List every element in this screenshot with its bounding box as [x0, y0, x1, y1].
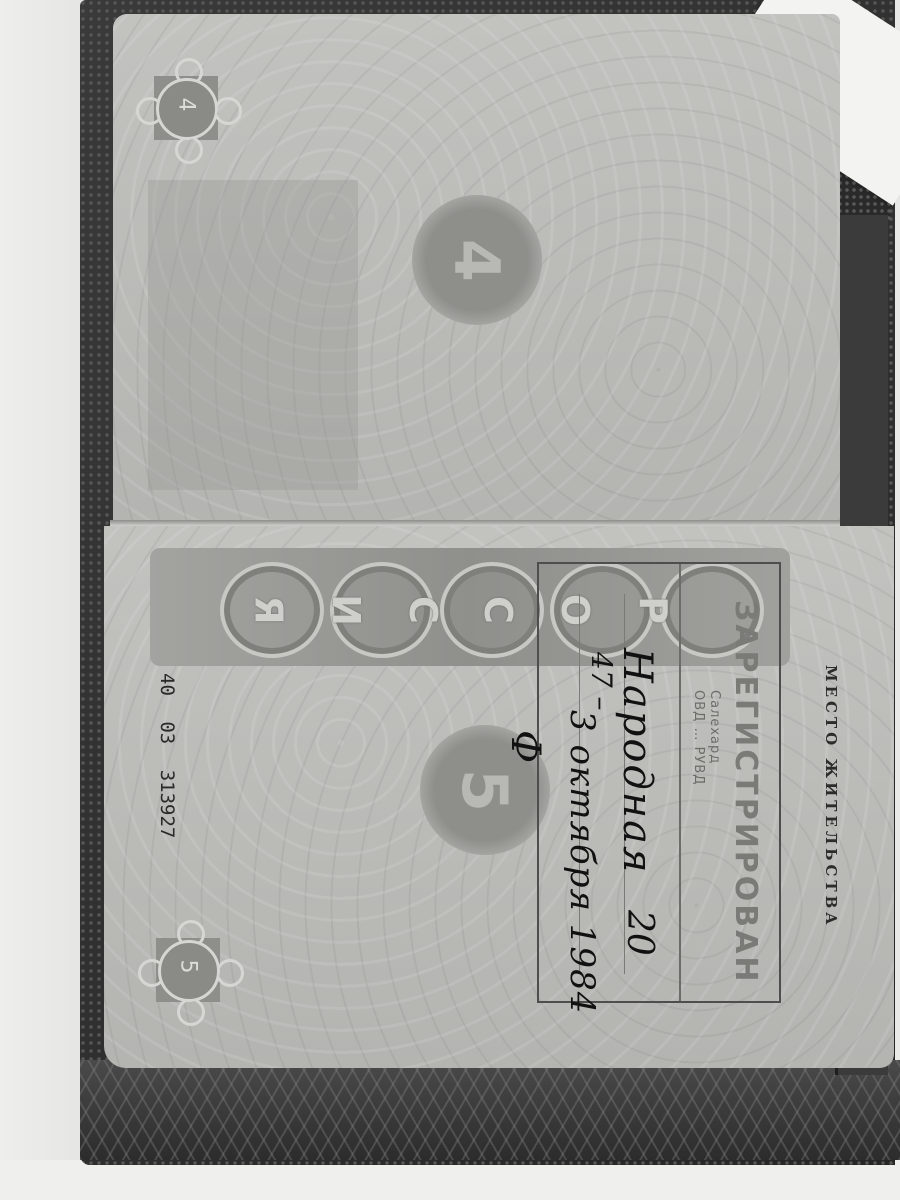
stamp-org-line2: ОВД … РУВД — [691, 690, 706, 785]
page-number-rosette-top: 4 — [136, 58, 236, 158]
handwritten-street: Народная — [614, 648, 660, 874]
passport-serial-number: 40 03 313927 — [156, 673, 178, 838]
handwritten-signature: Ф — [502, 730, 548, 763]
handwritten-flat: 47 – — [585, 652, 618, 711]
page-number: 5 — [176, 917, 201, 1017]
show-through-strip — [148, 180, 358, 490]
cover-leather-texture — [80, 1060, 900, 1160]
watermark-page-number: 4 — [412, 195, 542, 325]
section-label: МЕСТО ЖИТЕЛЬСТВА — [822, 665, 840, 929]
handwritten-house: 20 — [619, 910, 660, 956]
stamp-title: ЗАРЕГИСТРИРОВАН — [728, 600, 763, 985]
page-number: 4 — [174, 55, 199, 155]
background-surface-bottom — [0, 1160, 900, 1200]
page-number-rosette-bottom: 5 — [138, 920, 238, 1020]
handwritten-date: 3 октября 1984 — [562, 710, 602, 1014]
stamp-org-line1: Салехард — [707, 690, 722, 764]
